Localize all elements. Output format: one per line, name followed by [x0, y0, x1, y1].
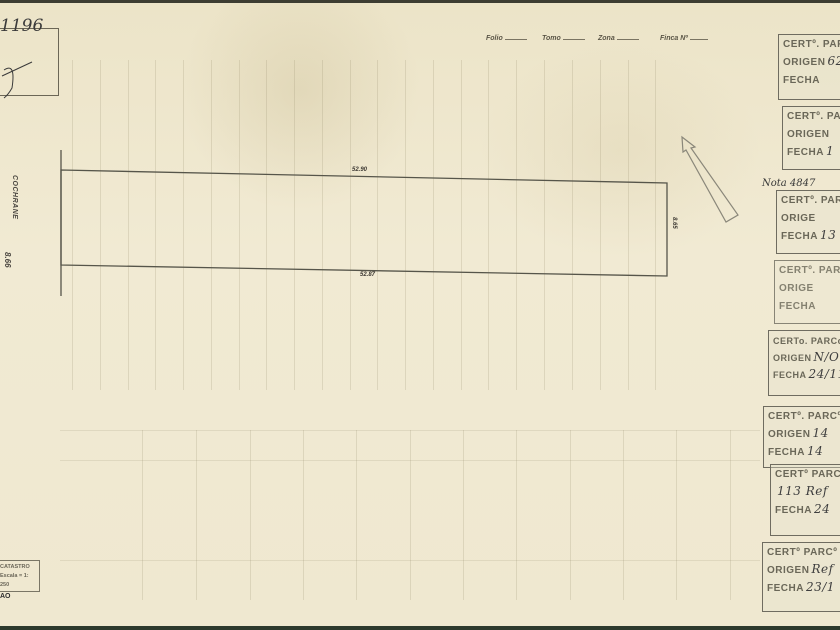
stamp-title: CERTº. PARC — [779, 265, 840, 276]
scale-stamp: CATASTRO Escala = 1: 250 — [0, 560, 40, 592]
scan-edge-bottom — [0, 626, 840, 630]
stamp-title: CERTº PARCº — [767, 547, 837, 558]
plot-drawing — [0, 0, 840, 630]
scale-stamp-title: CATASTRO — [0, 563, 36, 572]
stamp-title: CERTº. PAR — [787, 111, 840, 122]
stamp-label: FECHA — [787, 147, 824, 158]
street-name: COCHRANE — [2, 175, 18, 219]
stamp-label: FECHA — [773, 370, 807, 380]
stamp-label: ORIGEN — [767, 565, 809, 576]
stamp-title: CERTº. PAR — [781, 195, 840, 206]
stamp-label: ORIGEN — [783, 57, 825, 68]
stamp-value: 1 — [826, 144, 834, 158]
registration-stamp: CERTo. PARCo. N ORIGENN/O FECHA24/11/ — [768, 330, 840, 396]
stamp-value: 24 — [814, 502, 830, 516]
margin-note: Nota 4847 — [762, 178, 815, 189]
scale-stamp-scale: Escala = 1: 250 — [0, 572, 36, 590]
registration-stamp: CERTº. PARC ORIGEN62 FECHA — [778, 34, 840, 100]
dimension-right: 8.65 — [671, 217, 677, 229]
registration-stamp: CERTº. PARC ORIGE FECHA — [774, 260, 840, 324]
registration-stamp: CERTº PARCº 113 Ref FECHA24 — [770, 464, 840, 536]
stamp-label: FECHA — [768, 447, 805, 458]
stamp-label: FECHA — [767, 583, 804, 594]
stamp-label: ORIGE — [779, 283, 814, 294]
stamp-title: CERTº PARCº — [775, 469, 840, 480]
stamp-value: 62 — [827, 54, 840, 68]
scale-stamp-tail: AO — [0, 593, 11, 600]
stamp-label: ORIGEN — [773, 353, 812, 363]
plot-outline — [61, 170, 667, 276]
stamp-label: ORIGEN — [768, 429, 810, 440]
street-width: 8.66 — [3, 252, 12, 268]
stamp-title: CERTº. PARC — [783, 39, 840, 50]
registration-stamp: CERTº. PAR ORIGEN FECHA1 — [782, 106, 840, 170]
registration-stamp: CERTº. PARCº ORIGEN14 FECHA14 — [763, 406, 840, 468]
stamp-label: FECHA — [775, 505, 812, 516]
stamp-label: FECHA — [779, 301, 816, 312]
stamp-label: FECHA — [783, 75, 820, 86]
stamp-title: CERTo. PARCo. N — [773, 336, 840, 346]
stamp-value: Ref — [811, 562, 833, 576]
stamp-value: 14 — [807, 444, 823, 458]
stamp-label: FECHA — [781, 231, 818, 242]
stamp-value: N/O — [814, 350, 840, 364]
stamp-value: 113 Ref — [777, 484, 828, 498]
registration-stamp: CERTº PARCº ORIGENRef FECHA23/1 — [762, 542, 840, 612]
stamp-value: 13 — [820, 228, 836, 242]
stamp-label: ORIGEN — [787, 129, 829, 140]
stamp-label: ORIGE — [781, 213, 816, 224]
registration-stamp: CERTº. PAR ORIGE FECHA13 — [776, 190, 840, 254]
stamp-value: 24/11/ — [809, 367, 840, 381]
stamp-value: 14 — [812, 426, 828, 440]
stamp-title: CERTº. PARCº — [768, 411, 840, 422]
dimension-bottom: 52.87 — [360, 272, 375, 278]
dimension-top: 52.90 — [352, 167, 367, 173]
north-arrow-icon — [682, 137, 738, 222]
document-sheet: Folio Tomo Zona Finca Nº 1196 COCHRANE 8… — [0, 0, 840, 630]
stamp-value: 23/1 — [806, 580, 835, 594]
